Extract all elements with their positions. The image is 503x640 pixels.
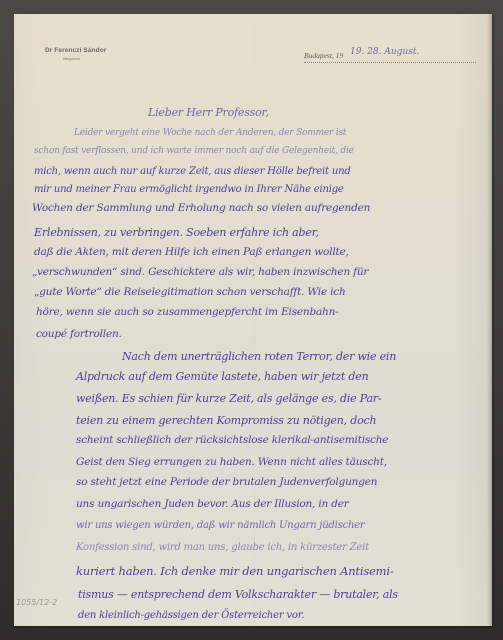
letter-line: Alpdruck auf dem Gemüte lastete, haben w…	[76, 370, 368, 383]
letter-line: daß die Akten, mit deren Hilfe ich einen…	[34, 246, 349, 258]
letter-line: „verschwunden“ sind. Geschicktere als wi…	[32, 266, 368, 278]
letter-line: wir uns wiegen würden, daß wir nämlich U…	[76, 520, 365, 531]
letter-line: mir und meiner Frau ermöglicht irgendwo …	[34, 184, 344, 195]
letter-line: mich, wenn auch nur auf kurze Zeit, aus …	[34, 166, 351, 177]
place-date-line: Budapest, 19 19. 28. August.	[304, 48, 476, 63]
archive-reference-mark: 1055/12-2	[16, 598, 57, 607]
letter-line: den kleinlich-gehässigen der Österreiche…	[78, 610, 304, 621]
letterhead-title: idegorvos	[63, 56, 80, 61]
letter-line: schon fast verflossen, und ich warte imm…	[34, 146, 354, 156]
letter-line: Konfession sind, wird man uns, glaube ic…	[76, 542, 369, 553]
letter-line: „gute Worte“ die Reiselegitimation schon…	[34, 286, 346, 298]
paper-edge-shadow	[487, 14, 492, 626]
letter-line: höre, wenn sie auch so zusammengepfercht…	[36, 306, 339, 318]
letter-line: teien zu einem gerechten Kompromiss zu n…	[76, 414, 376, 427]
salutation: Lieber Herr Professor,	[148, 106, 269, 119]
letter-line: Leider vergeht eine Woche nach der Ander…	[74, 128, 346, 138]
letter-line: so steht jetzt eine Periode der brutalen…	[76, 476, 377, 488]
letterhead-name: Dr Ferenczi Sándor	[45, 47, 106, 54]
handwritten-date: 19. 28. August.	[350, 47, 419, 57]
letter-line: uns ungarischen Juden bevor. Aus der Ill…	[76, 498, 349, 510]
letter-line: Wochen der Sammlung und Erholung nach so…	[32, 202, 370, 214]
letter-line: kuriert haben. Ich denke mir den ungaris…	[76, 564, 394, 578]
letter-line: weißen. Es schien für kurze Zeit, als ge…	[76, 392, 381, 405]
letter-page: Dr Ferenczi Sándor idegorvos Budapest, 1…	[14, 14, 492, 626]
letter-line: tismus — entsprechend dem Volkscharakter…	[78, 588, 398, 601]
letter-line: scheint schließlich der rücksichtslose k…	[76, 434, 388, 446]
letter-line: Erlebnissen, zu verbringen. Soeben erfah…	[34, 226, 319, 239]
letter-line: Nach dem unerträglichen roten Terror, de…	[122, 350, 396, 363]
letter-line: coupé fortrollen.	[36, 328, 122, 340]
printed-place: Budapest, 19	[304, 51, 343, 60]
letter-line: Geist den Sieg errungen zu haben. Wenn n…	[76, 456, 387, 468]
